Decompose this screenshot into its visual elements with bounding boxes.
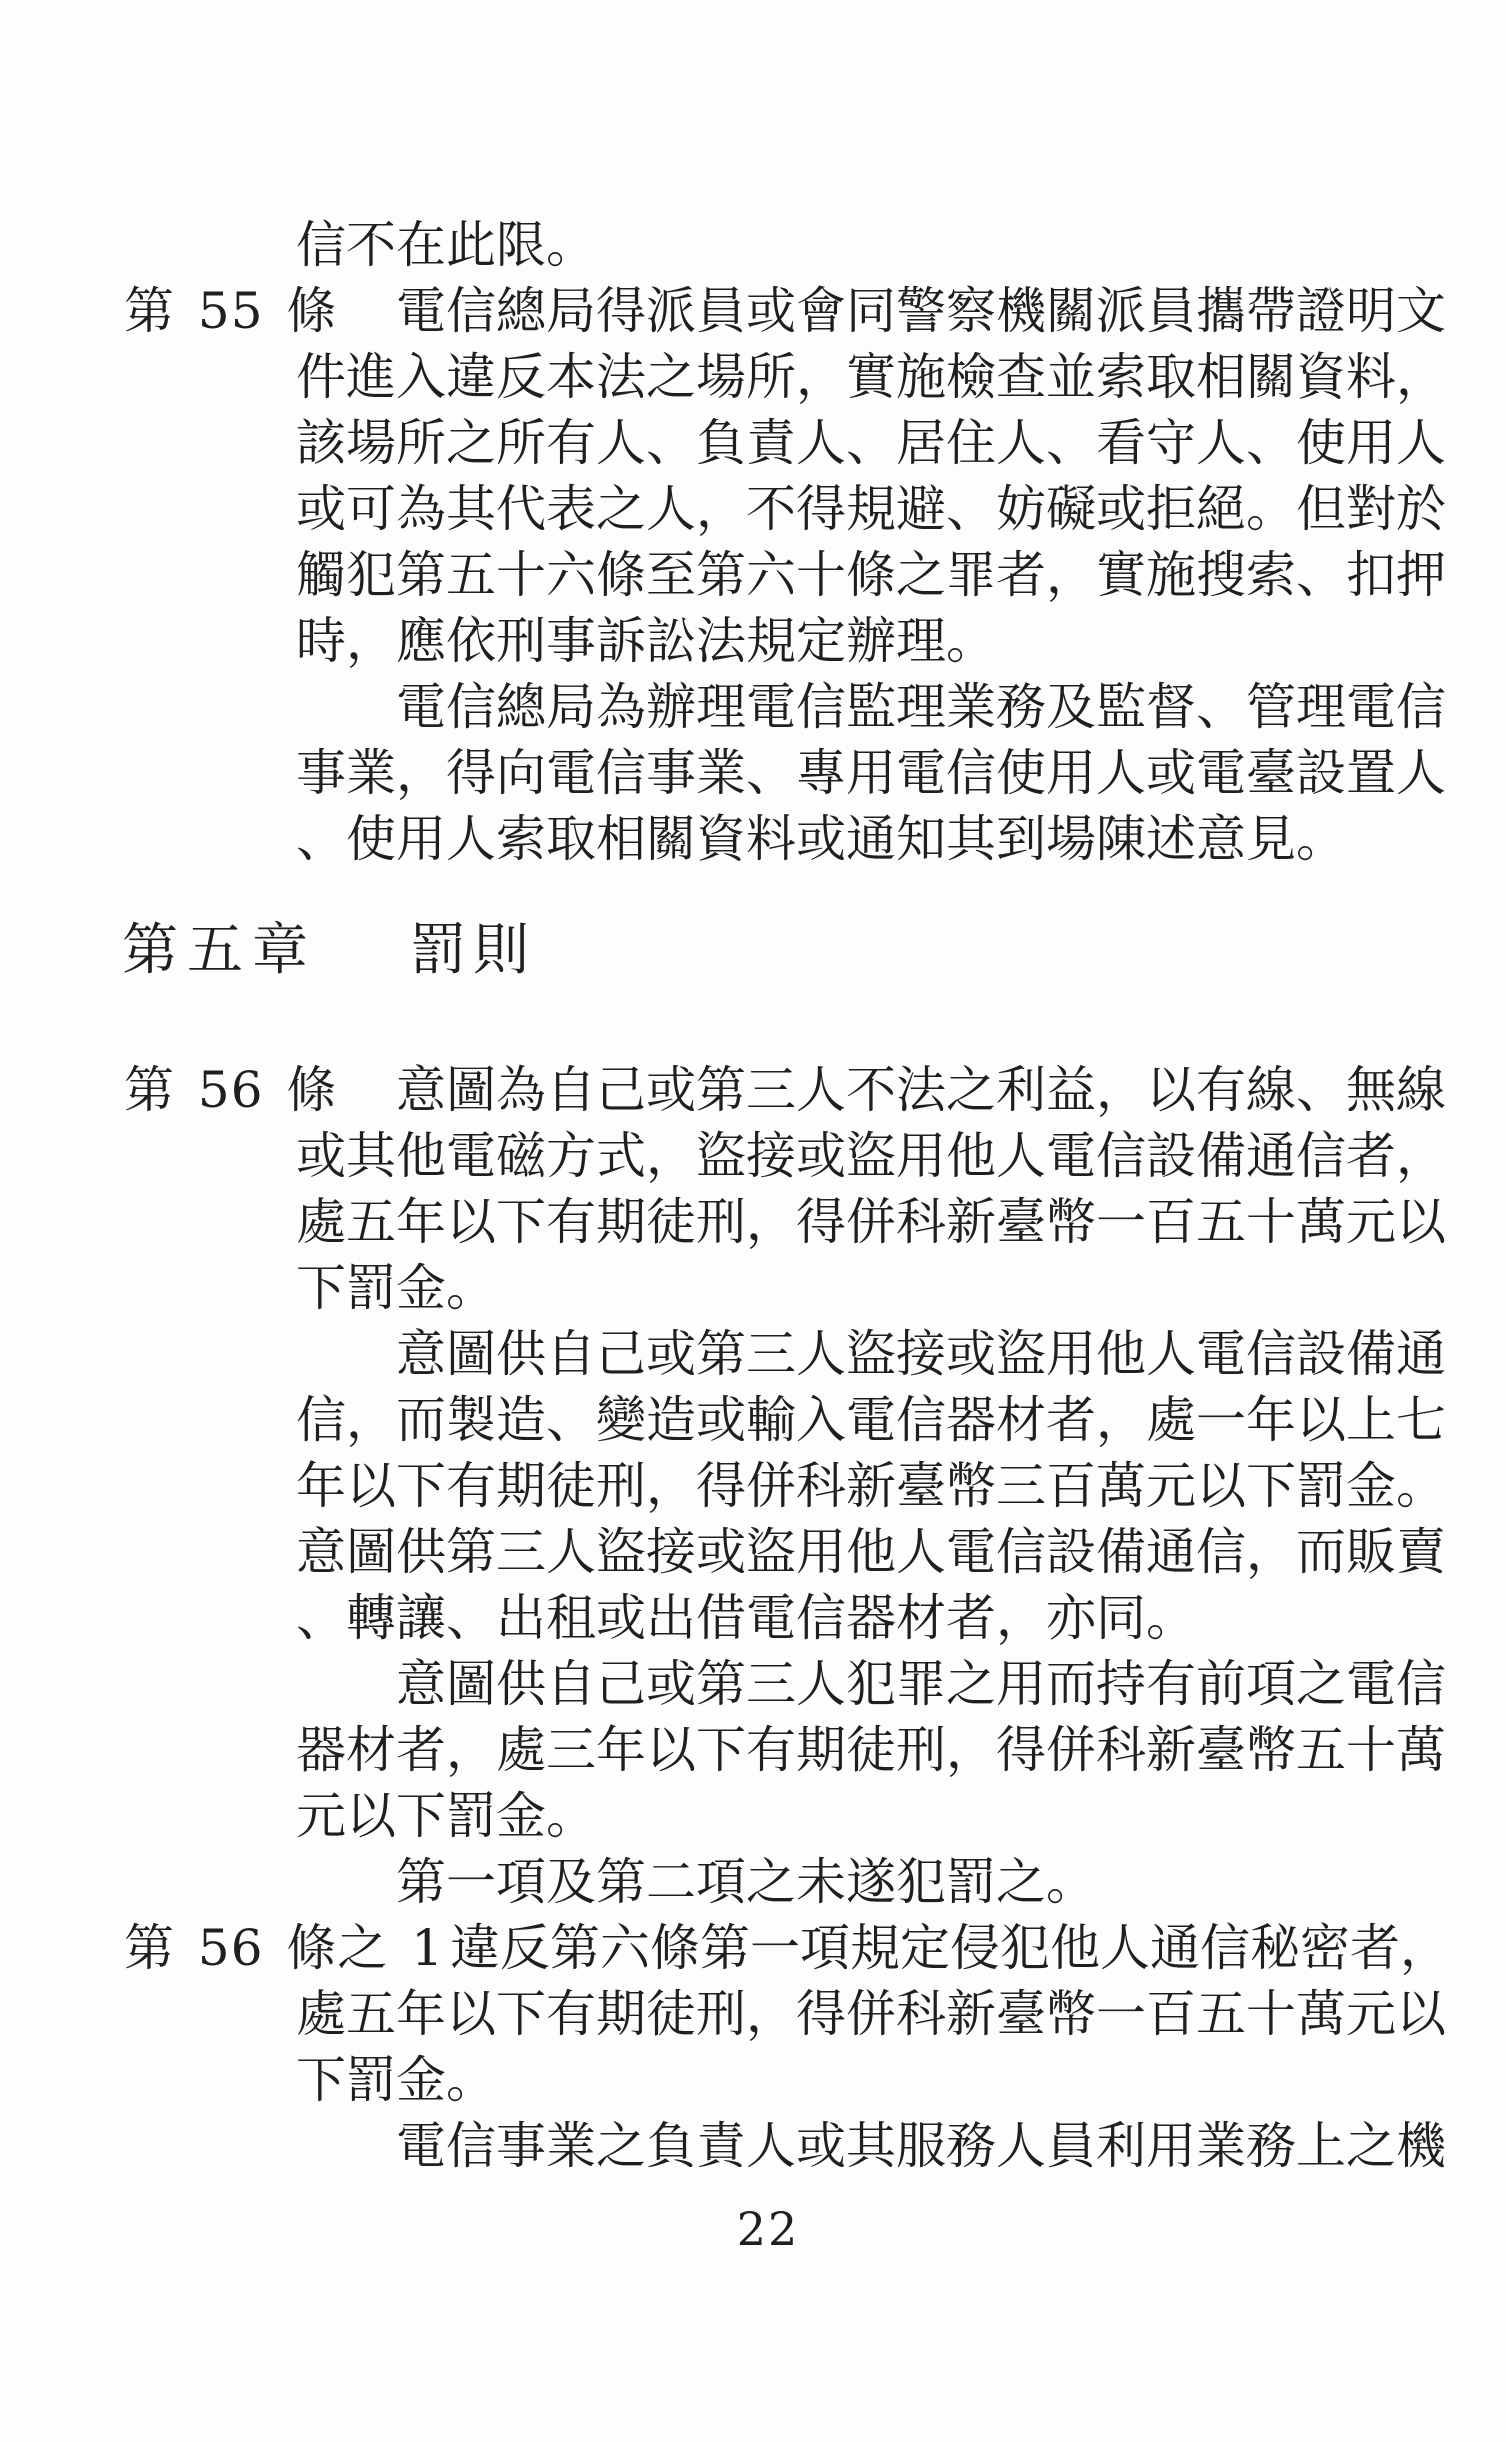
paragraph-start-line: 意圖供自己或第三人犯罪之用而持有前項之電信 (0, 1651, 1506, 1717)
text-line: 或其他電磁方式，盜接或盜用他人電信設備通信者， (0, 1123, 1506, 1189)
text-line: 時，應依刑事訴訟法規定辦理。 (0, 608, 1506, 674)
article-text: 違反第六條第一項規定侵犯他人通信秘密者， (450, 1919, 1450, 1977)
chapter-heading: 第五章 罰則 (0, 918, 1506, 984)
paragraph-start-line: 電信總局為辦理電信監理業務及監督、管理電信 (0, 674, 1506, 740)
article-text: 電信總局得派員或會同警察機關派員攜帶證明文 (396, 282, 1446, 340)
text-line: 或可為其代表之人，不得規避、妨礙或拒絕。但對於 (0, 476, 1506, 542)
text-line: 意圖供第三人盜接或盜用他人電信設備通信，而販賣 (0, 1519, 1506, 1585)
chapter-title: 罰則 (410, 918, 536, 984)
text-line: 元以下罰金。 (0, 1783, 1506, 1849)
article-number: 第 56 條之 1 (124, 1915, 444, 1981)
article-56-1-line: 第 56 條之 1 違反第六條第一項規定侵犯他人通信秘密者， (0, 1915, 1506, 1981)
paragraph-start-line: 意圖供自己或第三人盜接或盜用他人電信設備通 (0, 1321, 1506, 1387)
text-line: 、使用人索取相關資料或通知其到場陳述意見。 (0, 806, 1506, 872)
paragraph-start-line: 第一項及第二項之未遂犯罰之。 (0, 1849, 1506, 1915)
text-line: 信不在此限。 (0, 212, 1506, 278)
article-55-line: 第 55 條 電信總局得派員或會同警察機關派員攜帶證明文 (0, 278, 1506, 344)
scanned-document-page: 信不在此限。 第 55 條 電信總局得派員或會同警察機關派員攜帶證明文 件進入違… (0, 0, 1506, 2442)
text-line: 處五年以下有期徒刑，得併科新臺幣一百五十萬元以 (0, 1189, 1506, 1255)
text-line: 該場所之所有人、負責人、居住人、看守人、使用人 (0, 410, 1506, 476)
article-56-line: 第 56 條 意圖為自己或第三人不法之利益，以有線、無線 (0, 1057, 1506, 1123)
text-line: 器材者，處三年以下有期徒刑，得併科新臺幣五十萬 (0, 1717, 1506, 1783)
text-line: 下罰金。 (0, 1255, 1506, 1321)
article-number: 第 56 條 (124, 1057, 337, 1123)
text-line: 信，而製造、變造或輸入電信器材者，處一年以上七 (0, 1387, 1506, 1453)
article-number: 第 55 條 (124, 278, 337, 344)
text-line: 件進入違反本法之場所，實施檢查並索取相關資料， (0, 344, 1506, 410)
text-line: 事業，得向電信事業、專用電信使用人或電臺設置人 (0, 740, 1506, 806)
text-line: 處五年以下有期徒刑，得併科新臺幣一百五十萬元以 (0, 1981, 1506, 2047)
text-line: 觸犯第五十六條至第六十條之罪者，實施搜索、扣押 (0, 542, 1506, 608)
article-text: 意圖為自己或第三人不法之利益，以有線、無線 (396, 1061, 1446, 1119)
text-line: 年以下有期徒刑，得併科新臺幣三百萬元以下罰金。 (0, 1453, 1506, 1519)
paragraph-start-line: 電信事業之負責人或其服務人員利用業務上之機 (0, 2113, 1506, 2179)
page-number: 22 (0, 2202, 1506, 2256)
document-body: 信不在此限。 第 55 條 電信總局得派員或會同警察機關派員攜帶證明文 件進入違… (0, 212, 1506, 2179)
text-line: 、轉讓、出租或出借電信器材者，亦同。 (0, 1585, 1506, 1651)
chapter-number: 第五章 (122, 918, 317, 984)
text-line: 下罰金。 (0, 2047, 1506, 2113)
